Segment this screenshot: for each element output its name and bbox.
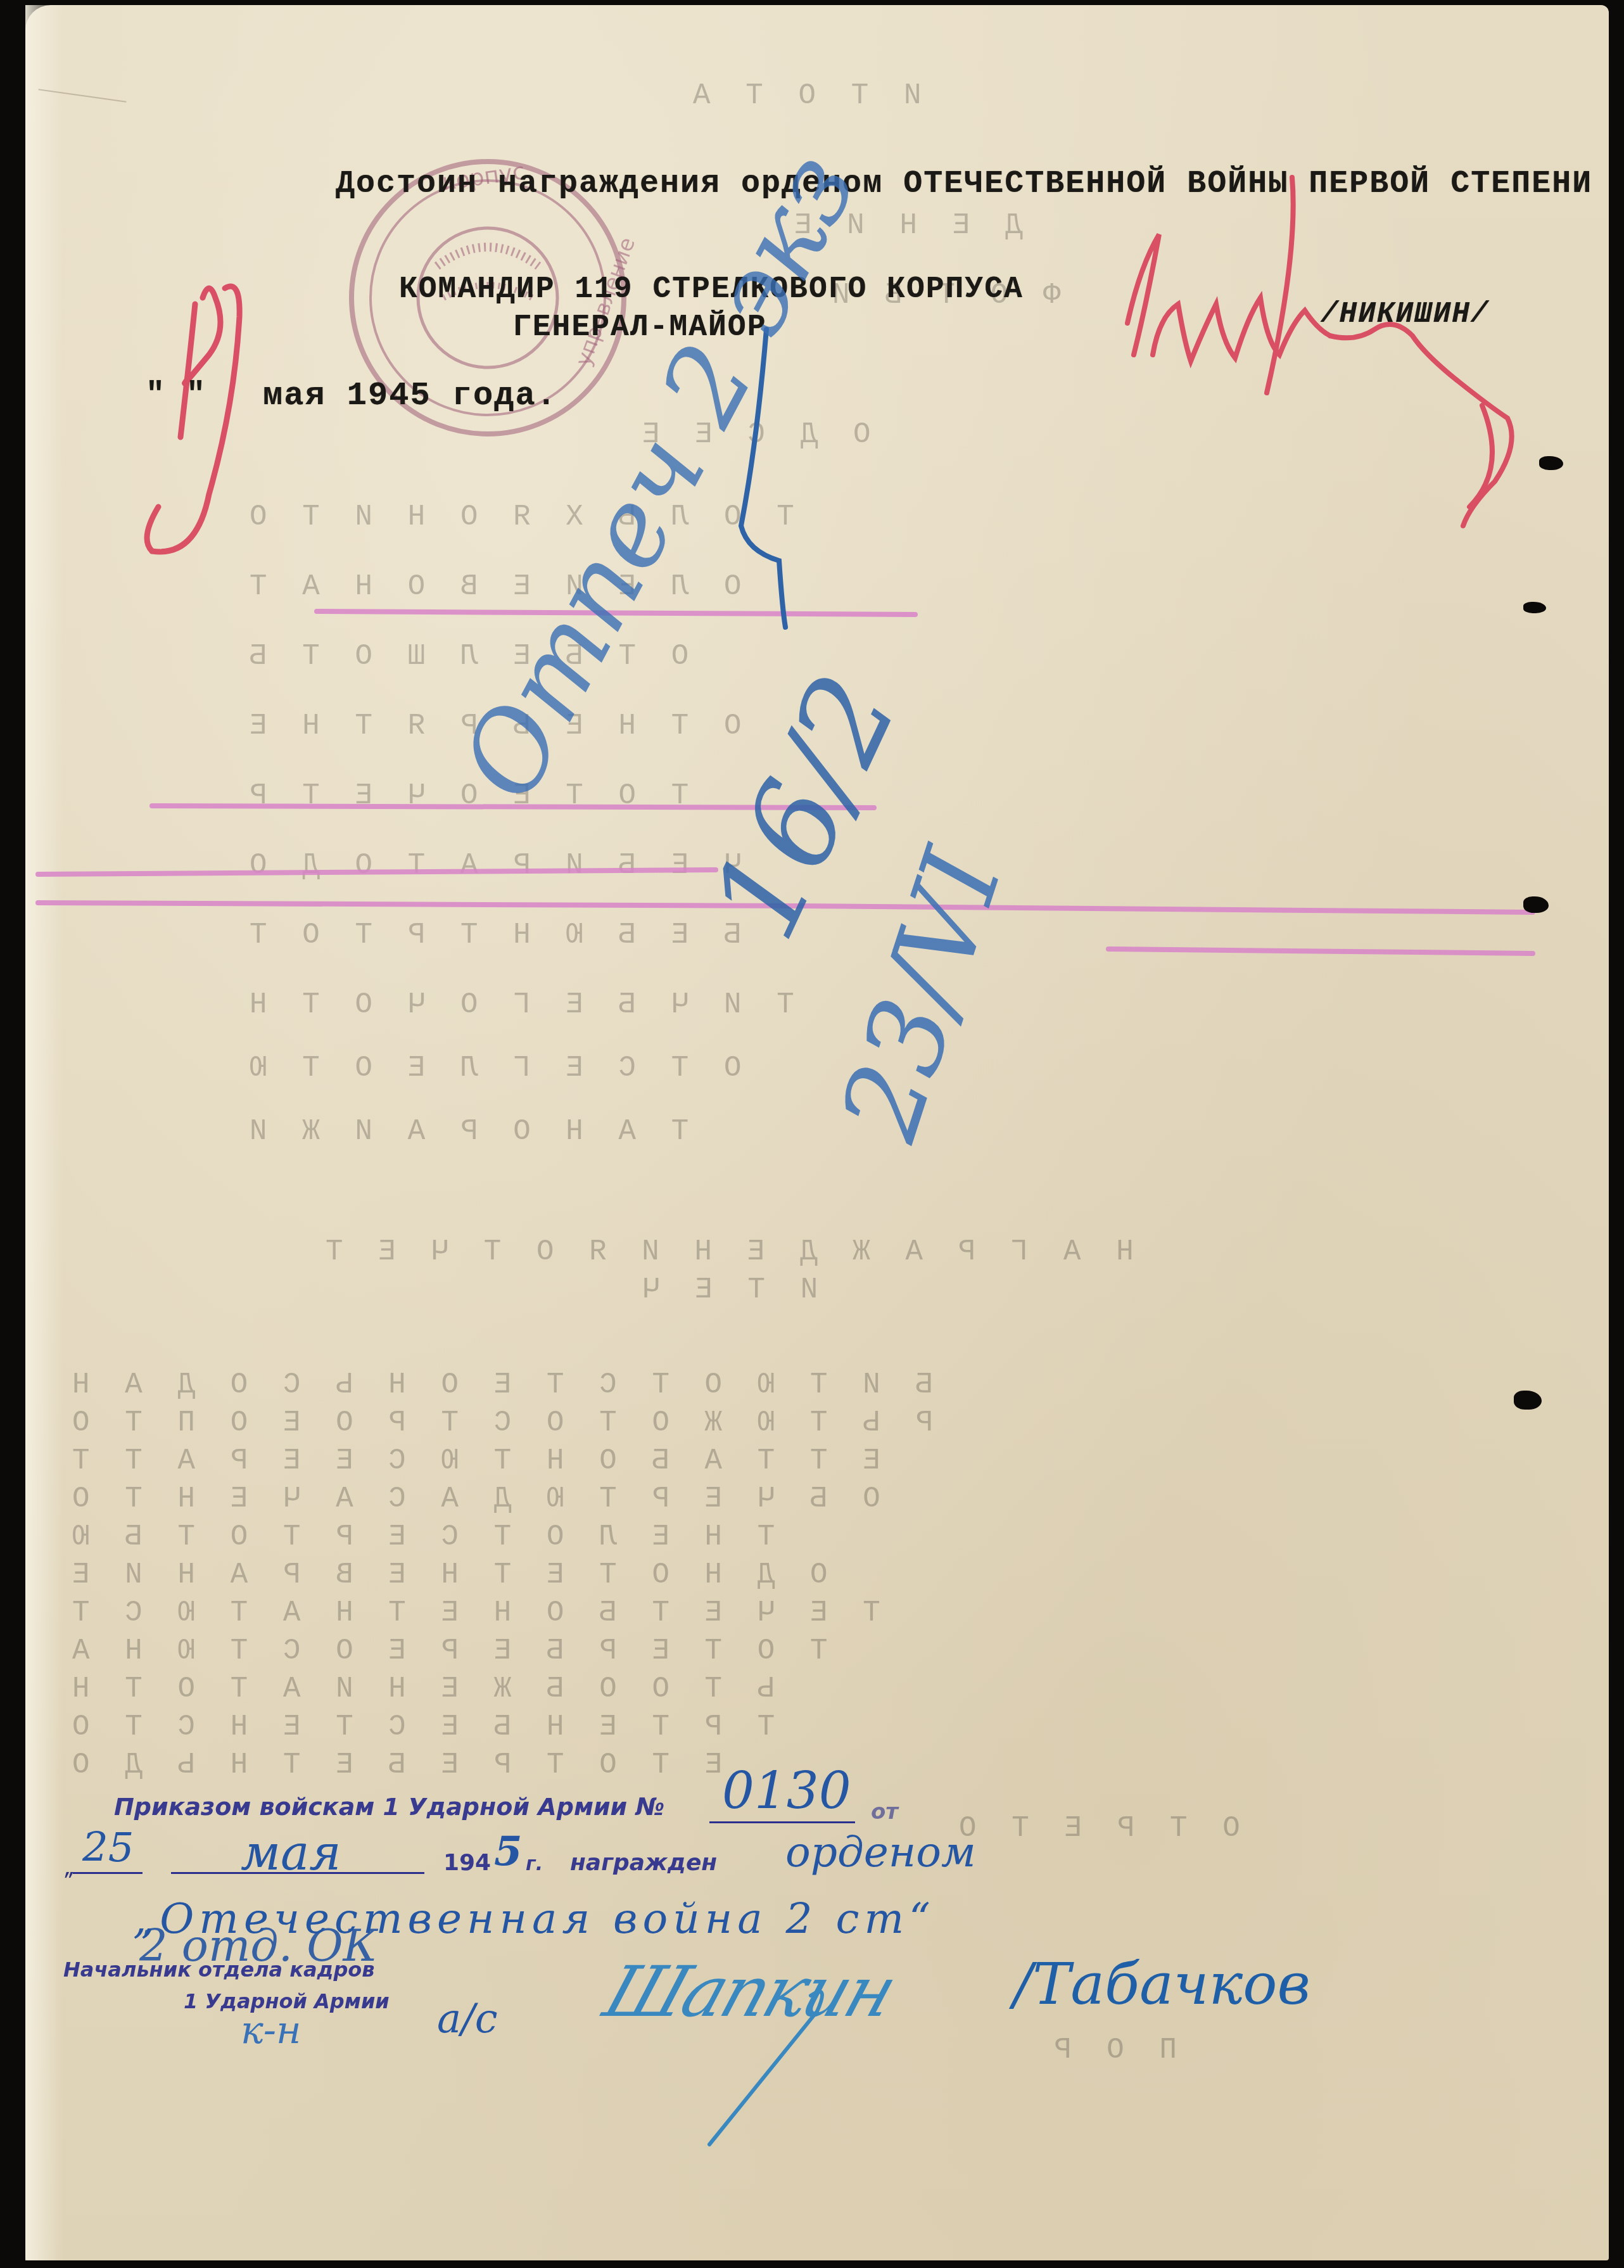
signature-tail — [0, 0, 1624, 2268]
signer-name: /Табачков — [1013, 1951, 1310, 2018]
